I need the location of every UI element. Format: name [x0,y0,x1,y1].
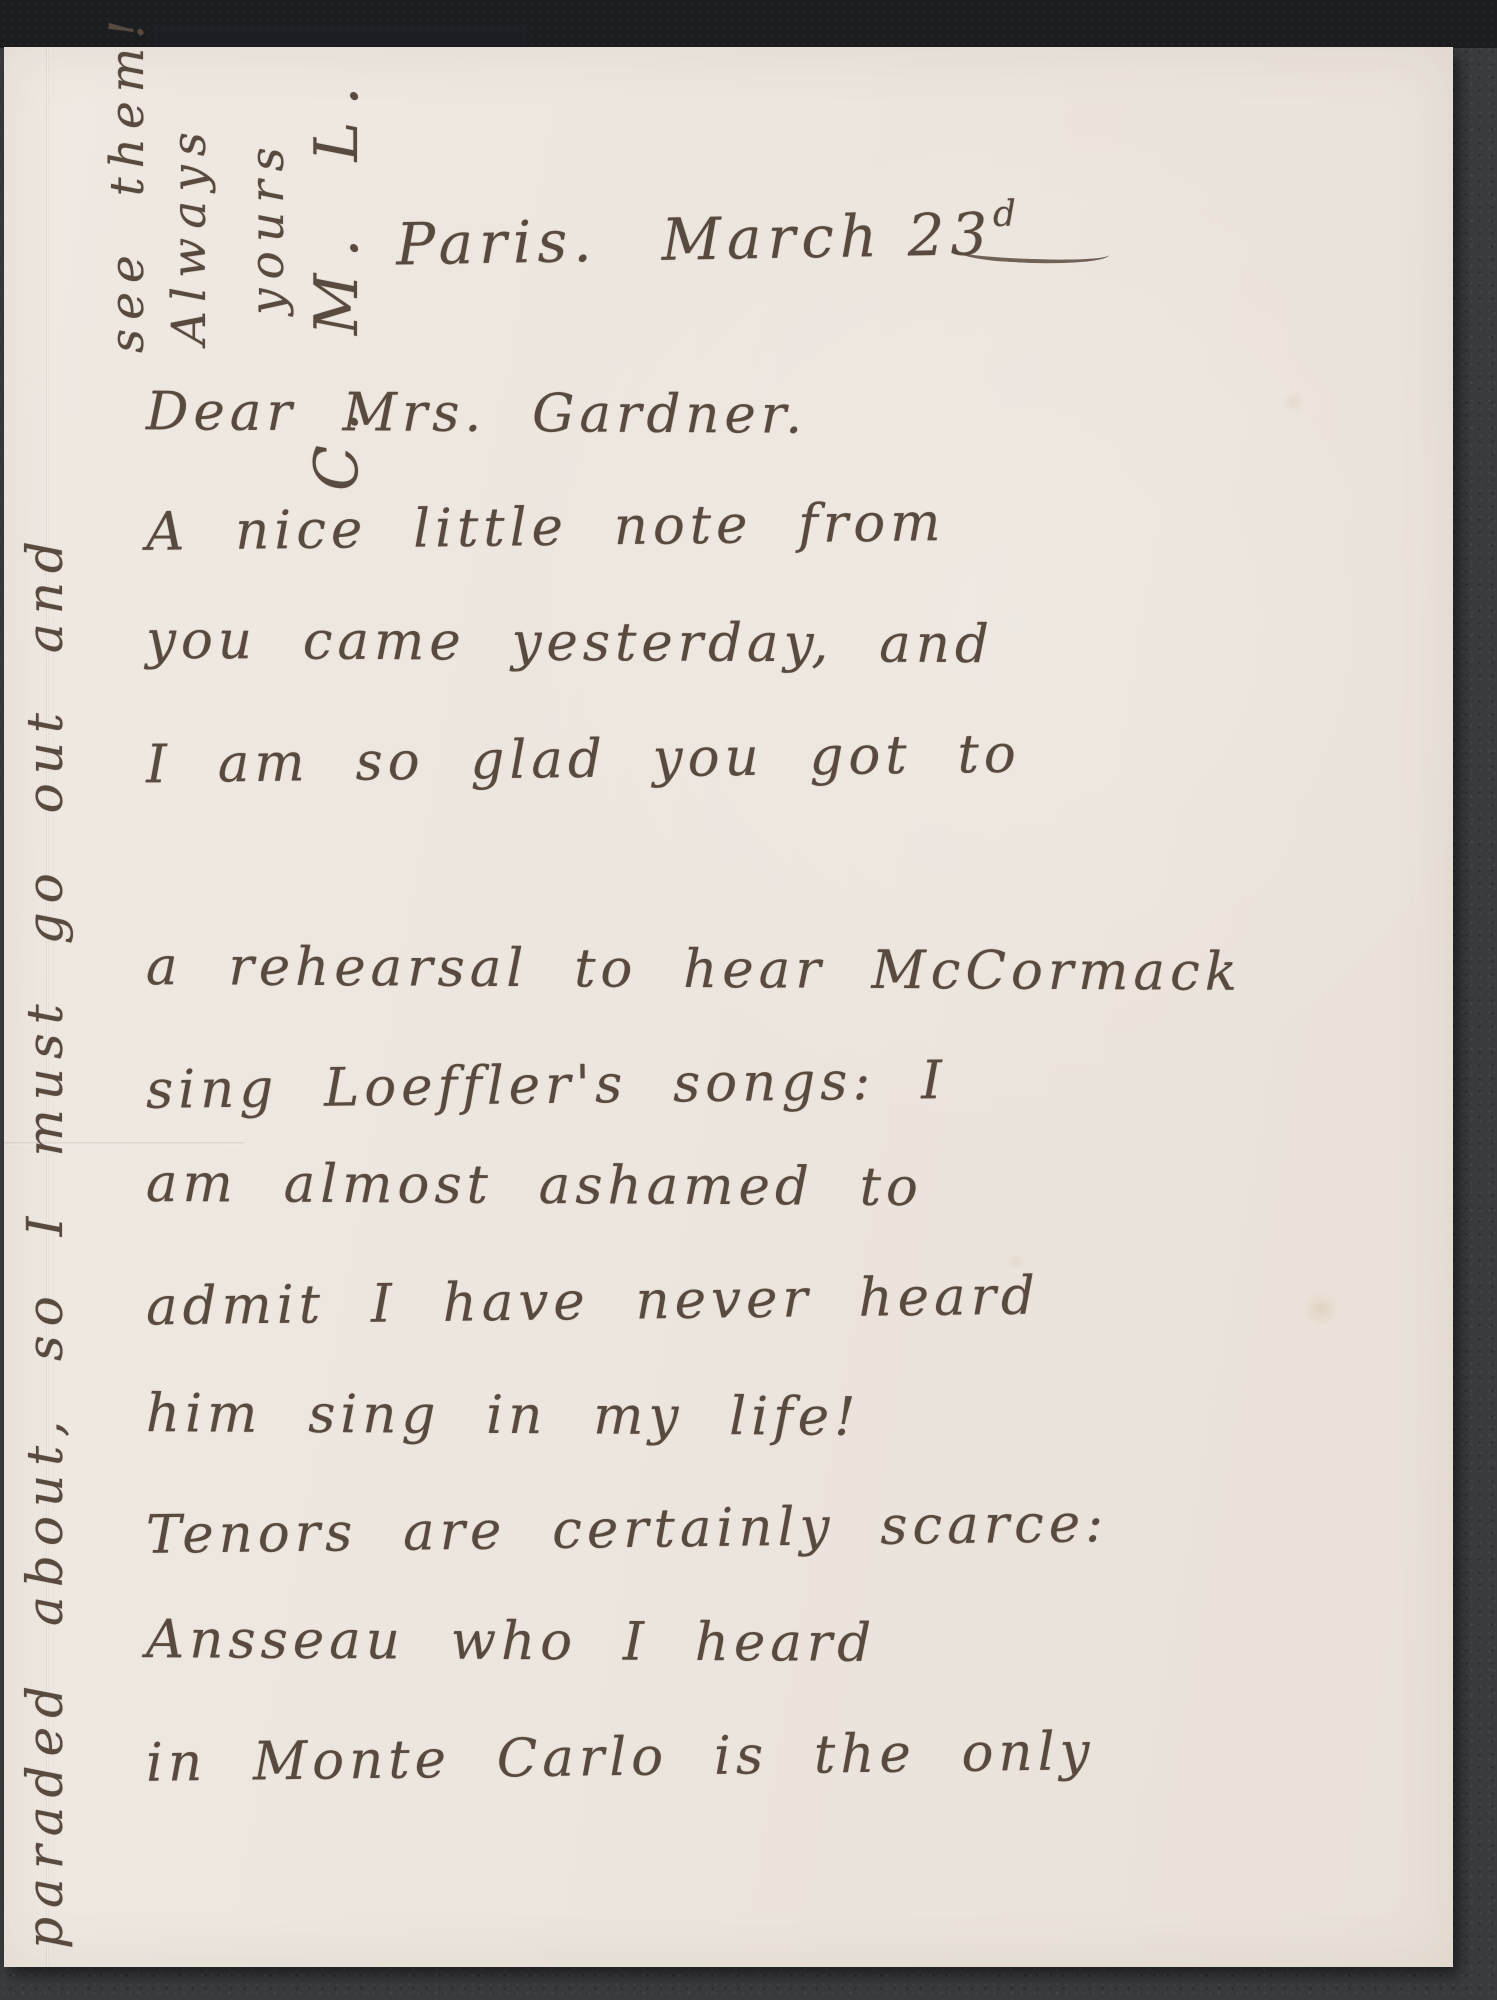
dateline: Paris.March 23d [395,194,1023,279]
letter-line-1: A nice little note from [146,492,946,563]
letter-scan: Paris.March 23d Dear Mrs. Gardner. A nic… [0,0,1497,2000]
letter-line-4: a rehearsal to hear McCormack [146,936,1242,1003]
letter-line-11: in Monte Carlo is the only [146,1721,1095,1794]
dateline-month-day: March 23 [661,200,994,274]
dateline-gap [598,260,662,261]
letter-line-5: sing Loeffler's songs: I [146,1050,948,1121]
closing-word-yours: yours [240,85,295,315]
letter-line-8: him sing in my life! [146,1383,861,1448]
closing-word-always: Always [162,65,217,345]
dateline-ordinal-letter: d [993,194,1023,236]
dateline-city: Paris. [396,207,599,279]
letter-page: Paris.March 23d Dear Mrs. Gardner. A nic… [4,47,1453,1967]
letter-line-6: am almost ashamed to [146,1153,923,1218]
letter-line-3: I am so glad you got to [146,724,1021,796]
salutation-line: Dear Mrs. Gardner. [146,381,808,445]
margin-note-line-2: see them! [100,73,155,353]
dateline-ordinal: d [993,194,1023,268]
margin-note-line-1: paraded about, so I must go out and [16,109,74,1949]
scan-backing-shadow [150,26,530,48]
closing-initials: C. M. L. [302,61,372,491]
letter-line-7: admit I have never heard [146,1266,1041,1338]
letter-line-9: Tenors are certainly scarce: [146,1493,1109,1566]
letter-line-2: you came yesterday, and [146,610,994,675]
letter-line-10: Ansseau who I heard [146,1609,876,1674]
